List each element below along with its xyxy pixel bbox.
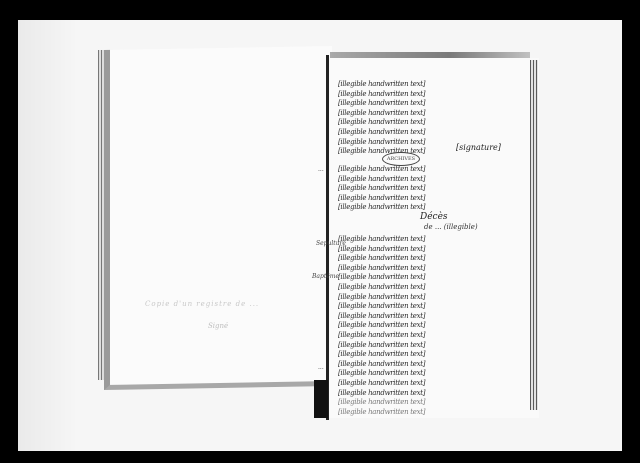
- handwritten-line: [illegible handwritten text]: [338, 331, 530, 341]
- handwritten-line: [illegible handwritten text]: [338, 273, 530, 283]
- left-page: [104, 46, 332, 390]
- handwritten-line: [illegible handwritten text]: [338, 350, 530, 360]
- handwritten-line: [illegible handwritten text]: [338, 408, 530, 418]
- margin-note: Baptême: [312, 273, 339, 280]
- handwritten-line: [illegible handwritten text]: [338, 118, 530, 128]
- handwritten-line: [illegible handwritten text]: [338, 312, 530, 322]
- handwritten-line: [illegible handwritten text]: [338, 360, 530, 370]
- handwritten-line: [illegible handwritten text]: [338, 90, 530, 100]
- margin-note: ...: [318, 166, 324, 173]
- left-page-faint-signature: Signé: [208, 322, 228, 330]
- right-page-edges: [530, 60, 538, 410]
- left-page-faint-text: Copie d'un registre de ...: [145, 300, 259, 308]
- sheet-shadow: [18, 20, 78, 451]
- handwritten-line: [illegible handwritten text]: [338, 321, 530, 331]
- handwritten-line: [illegible handwritten text]: [338, 283, 530, 293]
- handwritten-line: [illegible handwritten text]: [338, 369, 530, 379]
- handwritten-line: [illegible handwritten text]: [338, 341, 530, 351]
- handwritten-line: [illegible handwritten text]: [338, 398, 530, 408]
- handwritten-line: [illegible handwritten text]: [338, 302, 530, 312]
- handwritten-line: [illegible handwritten text]: [338, 184, 530, 194]
- handwritten-line: [illegible handwritten text]: [338, 389, 530, 399]
- handwritten-line: [illegible handwritten text]: [338, 147, 530, 157]
- handwritten-line: [illegible handwritten text]: [338, 245, 530, 255]
- handwritten-line: [illegible handwritten text]: [338, 264, 530, 274]
- handwritten-line: [illegible handwritten text]: [338, 235, 530, 245]
- margin-note: Sepulture: [316, 240, 346, 247]
- book-bottom-shadow: [314, 380, 328, 418]
- handwritten-line: [illegible handwritten text]: [338, 99, 530, 109]
- handwritten-line: [illegible handwritten text]: [338, 254, 530, 264]
- handwritten-line: [illegible handwritten text]: [338, 80, 530, 90]
- handwritten-line: [illegible handwritten text]: [338, 194, 530, 204]
- text-block-2: [illegible handwritten text] [illegible …: [338, 165, 530, 213]
- handwritten-line: [illegible handwritten text]: [338, 293, 530, 303]
- signature: [signature]: [456, 143, 501, 152]
- text-block-3: [illegible handwritten text] [illegible …: [338, 235, 530, 417]
- text-block-1: [illegible handwritten text] [illegible …: [338, 80, 530, 157]
- handwritten-line: [illegible handwritten text]: [338, 138, 530, 148]
- handwritten-line: [illegible handwritten text]: [338, 165, 530, 175]
- handwritten-line: [illegible handwritten text]: [338, 379, 530, 389]
- handwritten-line: [illegible handwritten text]: [338, 175, 530, 185]
- entry-subheading: de ... (illegible): [424, 223, 478, 231]
- archive-stamp: ARCHIVES: [382, 152, 420, 166]
- handwritten-line: [illegible handwritten text]: [338, 128, 530, 138]
- entry-heading: Décès: [420, 212, 448, 222]
- handwritten-line: [illegible handwritten text]: [338, 109, 530, 119]
- margin-note: ...: [318, 364, 324, 371]
